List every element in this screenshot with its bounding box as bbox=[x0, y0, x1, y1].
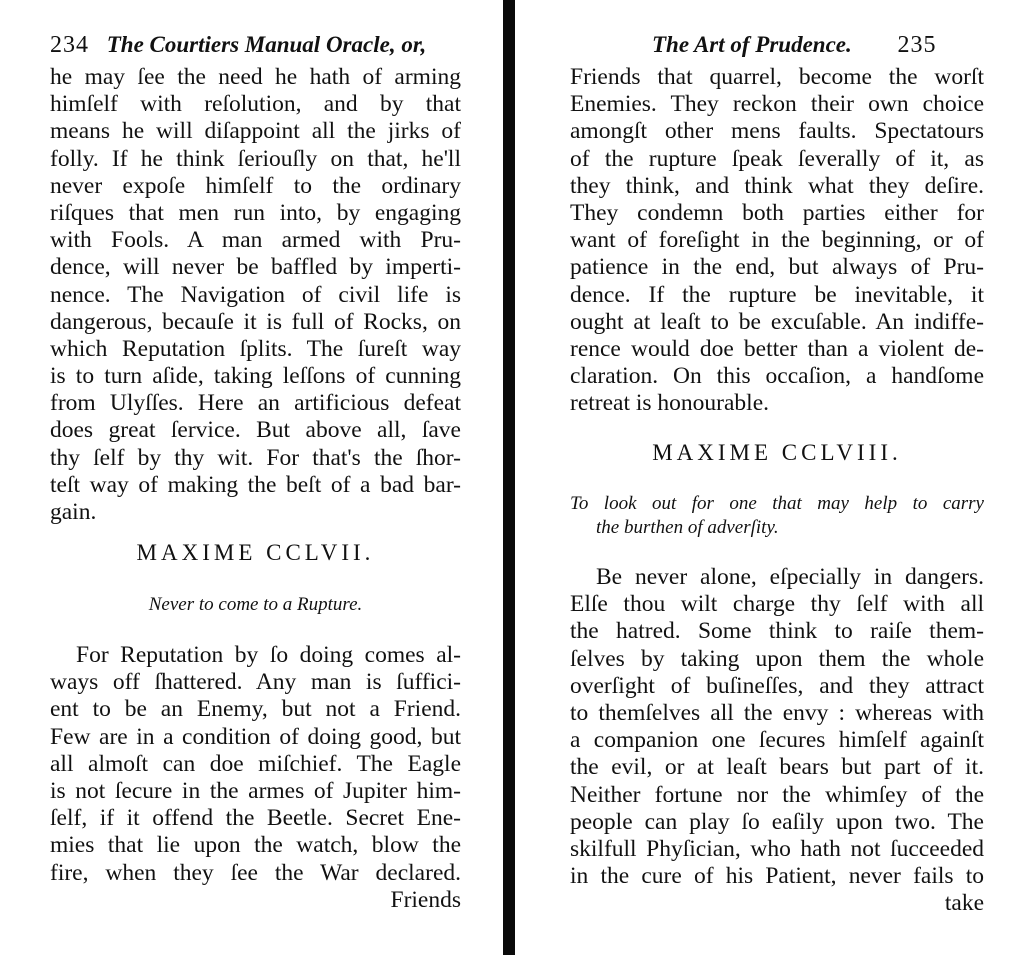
text-line: he may ſee the need he hath of arming bbox=[50, 64, 461, 91]
right-running-head: The Art of Prudence. 235 bbox=[652, 30, 937, 60]
catchword: Friends bbox=[50, 887, 461, 914]
right-running-title: The Art of Prudence. bbox=[652, 32, 852, 57]
right-page: The Art of Prudence. 235 Friends that qu… bbox=[516, 0, 1024, 955]
text-line: the hatred. Some think to raiſe them- bbox=[570, 618, 984, 645]
text-line: They condemn both parties either for bbox=[570, 200, 984, 227]
text-line: patience in the end, but always of Pru- bbox=[570, 254, 984, 281]
left-page-number: 234 bbox=[50, 32, 89, 58]
right-continuation-text: Friends that quarrel, become the worſt E… bbox=[570, 64, 984, 417]
text-line: fire, when they ſee the War declared. bbox=[50, 860, 461, 887]
text-line: is not ſecure in the armes of Jupiter hi… bbox=[50, 778, 461, 805]
text-line: from Ulyſſes. Here an artificious defeat bbox=[50, 390, 461, 417]
text-line: claration. On this occaſion, a handſome bbox=[570, 363, 984, 390]
right-maxim-heading: MAXIME CCLVIII. bbox=[570, 440, 984, 466]
text-line: dence. If the rupture be inevitable, it bbox=[570, 282, 984, 309]
text-line: of the rupture ſpeak ſeverally of it, as bbox=[570, 146, 984, 173]
left-continuation-text: he may ſee the need he hath of arming hi… bbox=[50, 64, 461, 526]
text-line: the evil, or at leaſt bears but part of … bbox=[570, 754, 984, 781]
text-line: thy ſelf by thy wit. For that's the ſhor… bbox=[50, 445, 461, 472]
text-line: want of foreſight in the beginning, or o… bbox=[570, 227, 984, 254]
text-line: to themſelves all the envy : whereas wit… bbox=[570, 700, 984, 727]
text-line: Few are in a condition of doing good, bu… bbox=[50, 724, 461, 751]
text-line: amongſt other mens faults. Spectatours bbox=[570, 118, 984, 145]
right-page-number: 235 bbox=[898, 32, 937, 58]
text-line: dangerous, becauſe it is full of Rocks, … bbox=[50, 309, 461, 336]
text-line: mies that lie upon the watch, blow the bbox=[50, 832, 461, 859]
subtitle-line: the burthen of adverſity. bbox=[570, 516, 984, 540]
text-line: folly. If he think ſeriouſly on that, he… bbox=[50, 146, 461, 173]
text-line: in the cure of his Patient, never fails … bbox=[570, 863, 984, 890]
text-line: does great ſervice. But above all, ſave bbox=[50, 417, 461, 444]
left-maxim-subtitle: Never to come to a Rupture. bbox=[50, 594, 461, 616]
left-running-title: The Courtiers Manual Oracle, or, bbox=[107, 32, 427, 57]
text-line: Be never alone, eſpecially in dangers. bbox=[570, 564, 984, 591]
text-line: riſques that men run into, by engaging bbox=[50, 200, 461, 227]
text-line: with Fools. A man armed with Pru- bbox=[50, 227, 461, 254]
text-line: which Reputation ſplits. The ſureſt way bbox=[50, 336, 461, 363]
text-line: Neither fortune nor the whimſey of the bbox=[570, 782, 984, 809]
text-line: Enemies. They reckon their own choice bbox=[570, 91, 984, 118]
text-line: retreat is honourable. bbox=[570, 390, 984, 417]
left-page: 234 The Courtiers Manual Oracle, or, he … bbox=[0, 0, 503, 955]
right-maxim-text: Be never alone, eſpecially in dangers. E… bbox=[570, 564, 984, 917]
text-line: ſelves by taking upon them the whole bbox=[570, 646, 984, 673]
text-line: rence would doe better than a violent de… bbox=[570, 336, 984, 363]
text-line: ought at leaſt to be excuſable. An indif… bbox=[570, 309, 984, 336]
text-line: a companion one ſecures himſelf againſt bbox=[570, 727, 984, 754]
right-maxim-subtitle: To look out for one that may help to car… bbox=[570, 492, 984, 540]
book-gutter bbox=[503, 0, 515, 955]
text-line: nence. The Navigation of civil life is bbox=[50, 282, 461, 309]
text-line: skilfull Phyſician, who hath not ſucceed… bbox=[570, 836, 984, 863]
text-line: Friends that quarrel, become the worſt bbox=[570, 64, 984, 91]
text-line: overſight of buſineſſes, and they attrac… bbox=[570, 673, 984, 700]
text-line: ways off ſhattered. Any man is ſuffici- bbox=[50, 669, 461, 696]
text-line: teſt way of making the beſt of a bad bar… bbox=[50, 472, 461, 499]
left-maxim-text: For Reputation by ſo doing comes al- way… bbox=[50, 642, 461, 914]
text-line: dence, will never be baffled by imperti- bbox=[50, 254, 461, 281]
catchword: take bbox=[570, 890, 984, 917]
text-line: himſelf with reſolution, and by that bbox=[50, 91, 461, 118]
left-maxim-heading: MAXIME CCLVII. bbox=[50, 540, 461, 566]
text-line: For Reputation by ſo doing comes al- bbox=[50, 642, 461, 669]
text-line: means he will diſappoint all the jirks o… bbox=[50, 118, 461, 145]
text-line: people can play ſo eaſily upon two. The bbox=[570, 809, 984, 836]
text-line: is to turn aſide, taking leſſons of cunn… bbox=[50, 363, 461, 390]
text-line: gain. bbox=[50, 499, 461, 526]
text-line: ſelf, if it offend the Beetle. Secret En… bbox=[50, 805, 461, 832]
text-line: Elſe thou wilt charge thy ſelf with all bbox=[570, 591, 984, 618]
subtitle-line: To look out for one that may help to car… bbox=[570, 492, 984, 516]
left-running-head: 234 The Courtiers Manual Oracle, or, bbox=[50, 30, 426, 60]
text-line: all almoſt can doe miſchief. The Eagle bbox=[50, 751, 461, 778]
text-line: never expoſe himſelf to the ordinary bbox=[50, 173, 461, 200]
text-line: they think, and think what they deſire. bbox=[570, 173, 984, 200]
text-line: ent to be an Enemy, but not a Friend. bbox=[50, 696, 461, 723]
